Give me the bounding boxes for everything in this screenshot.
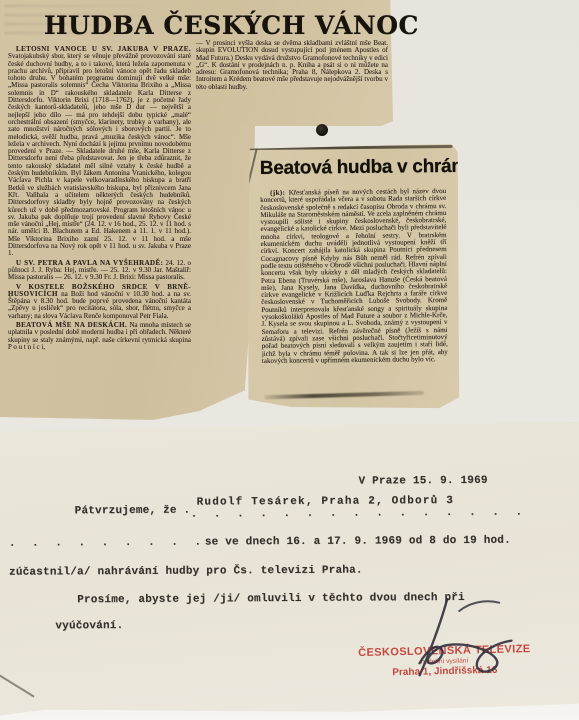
clipping1-left-column: LETOŠNÍ VÁNOCE U SV. JAKUBA V PRAZE. Sva… <box>8 46 191 414</box>
clipping2-headline: Beatová hudba v chrámu <box>260 156 454 180</box>
paper-fold-line <box>0 672 35 697</box>
paragraph-text: Křesťanská píseň na nových cestách byl n… <box>260 188 448 365</box>
paragraph-text: Svatojakubský sbor, který se věnuje přev… <box>8 52 191 257</box>
ink-smudge <box>264 391 424 399</box>
dotted-line: . . . . . . . . . . . . . <box>9 537 201 550</box>
letter-request-line2: vyúčování. <box>55 620 123 632</box>
clipping1-paragraph: V KOSTELE BOŽSKÉHO SRDCE V BRNĚ-HUSOVICÍ… <box>8 284 191 320</box>
letter-confirm-prefix: Pátvrzujeme, že . <box>75 505 191 518</box>
torn-edge-shadow <box>248 145 453 150</box>
typed-confirmation-letter: V Praze 15. 9. 1969 Pátvrzujeme, že . Ru… <box>0 422 579 716</box>
dotted-line: . . . . . . . . . . . . . . . . . . . . … <box>191 506 539 520</box>
newspaper-clipping-beatova-hudba: Beatová hudba v chrámu (jk): Křesťanská … <box>246 144 461 410</box>
letter-date: V Praze 15. 9. 1969 <box>358 475 487 488</box>
letter-participation-line: zúčastnil/a/ nahrávání hudby pro Čs. tel… <box>9 565 363 579</box>
clipping1-paragraph: BEATOVÁ MŠE NA DESKÁCH. Na mnoha místech… <box>8 322 191 351</box>
clipping1-headline: HUDBA ČESKÝCH VÁNOC <box>44 11 360 40</box>
clipping2-body: (jk): Křesťanská píseň na nových cestách… <box>260 188 448 390</box>
scanned-page: { "clipping1": { "headline": "HUDBA ČESK… <box>0 0 579 720</box>
clipping1-paragraph: U SV. PETRA A PAVLA NA VYŠEHRADĚ: 24. 12… <box>8 260 191 282</box>
punch-hole <box>316 124 328 136</box>
clipping1-paragraph: LETOŠNÍ VÁNOCE U SV. JAKUBA V PRAZE. Sva… <box>8 46 191 258</box>
letter-dates-line: se ve dnech 16. a 17. 9. 1969 od 8 do 19… <box>205 535 511 549</box>
clipping1-right-column: — V prosinci vyšla deska se dvěma skladb… <box>196 40 388 122</box>
signature <box>389 591 530 697</box>
clipping1-right-paragraph: — V prosinci vyšla deska se dvěma skladb… <box>196 40 388 91</box>
clipping2-paragraph: (jk): Křesťanská píseň na nových cestách… <box>260 188 448 365</box>
